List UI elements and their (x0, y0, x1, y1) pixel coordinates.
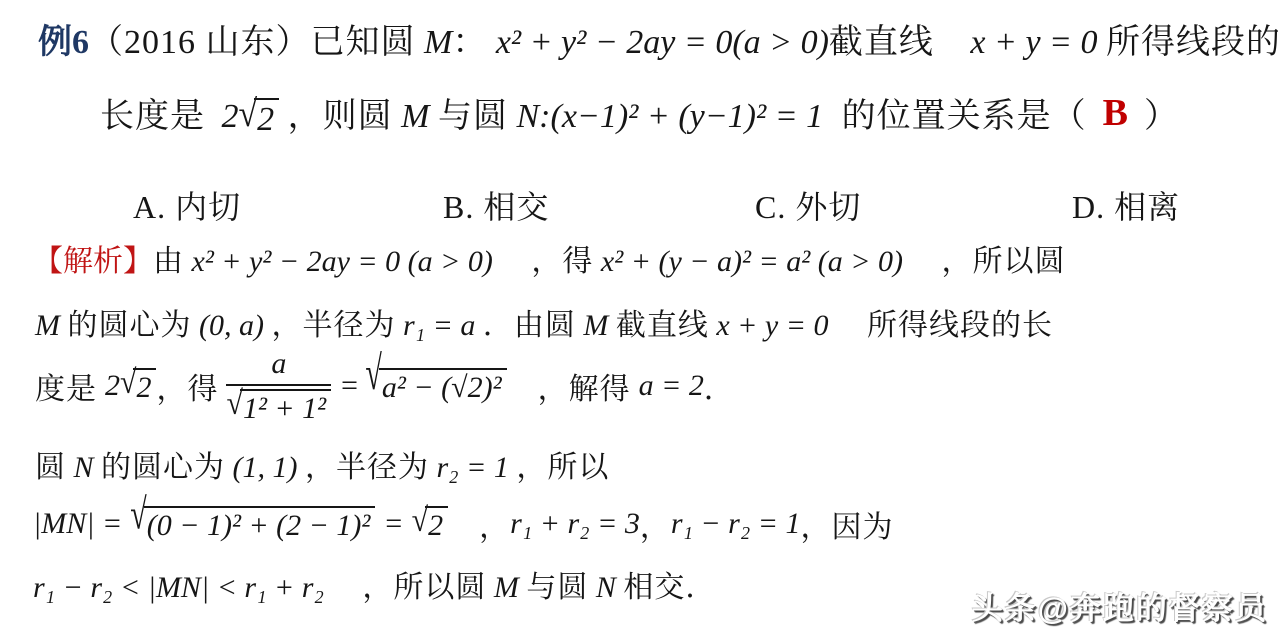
center-m-coords: (0, a) (199, 309, 264, 342)
circle-n-name: N (596, 571, 616, 604)
math-worksheet-page: { "colors": { "label_blue": "#1f3864", "… (0, 0, 1278, 638)
mn-distance-lhs: |MN| = (33, 507, 122, 541)
example-number-label: 例6 (38, 24, 89, 61)
problem-line-2: 长度是 2√2 ，则圆 M 与圆 N:(x−1)² + (y−1)² = 1 的… (100, 88, 1179, 139)
period: ． (704, 364, 735, 408)
sqrt-expression: √1² + 1² (226, 389, 331, 426)
analysis-line-2: M 的圆心为 (0, a) ，半径为 r₁ = a ．由圆 M 截直线 x + … (35, 300, 1053, 344)
circle-m-name: M (35, 309, 60, 342)
circle-n-name: N (74, 451, 94, 484)
get-text: ，得 (500, 245, 593, 278)
option-c: C. 外切 (755, 182, 861, 228)
colon: ： (452, 24, 487, 61)
radical-sign: √ (239, 93, 258, 136)
with-circle-text: 与圆 (526, 571, 588, 604)
radicand: a² − (√2)² (379, 368, 507, 405)
radicand: 2 (425, 506, 448, 543)
sqrt-expression: √2 (412, 506, 448, 543)
solve-text: ，解得 (507, 364, 631, 408)
segment-length-text: 所得线段的长 (836, 309, 1053, 342)
because-text: ，因为 (801, 502, 894, 546)
intersect-line-text: 截直线 (829, 24, 934, 61)
close-paren: ） (1144, 98, 1179, 135)
problem-line-1: 例6（2016 山东）已知圆 M： x² + y² − 2ay = 0(a > … (38, 14, 1278, 63)
relation-question-text: 的位置关系是（ (842, 98, 1087, 135)
circle-n-equation: N:(x−1)² + (y−1)² = 1 (517, 98, 824, 135)
equation-original: x² + y² − 2ay = 0 (a > 0) (192, 245, 493, 278)
length-is-text: 度是 (35, 364, 97, 408)
circle-text: 圆 (35, 451, 66, 484)
center-n-coords: (1, 1) (233, 451, 298, 484)
comma: ， (640, 502, 671, 546)
answer-letter: B (1103, 92, 1128, 134)
radius-m-value: r₁ = a (403, 309, 475, 342)
radical-sign: √ (412, 501, 428, 539)
radius-n-value: r₂ = 1 (437, 451, 509, 484)
equation-standard: x² + (y − a)² = a² (a > 0) (601, 245, 903, 278)
radical-sign: √ (365, 347, 381, 401)
circle-m-name-2: M (583, 309, 608, 342)
circle-m-name: M (401, 98, 429, 135)
analysis-line-5: |MN| = √(0 − 1)² + (2 − 1)² = √2 ， r₁ + … (33, 492, 894, 556)
analysis-tag: 【解析】 (33, 245, 153, 278)
radius-text: ，半径为 (305, 451, 429, 484)
so-circle-text: ，所以圆 (331, 571, 486, 604)
by-circle-text: ．由圆 (483, 309, 576, 342)
a-value: a = 2 (639, 369, 704, 403)
equals-sign: = (383, 507, 403, 541)
from-text: 由 (153, 245, 184, 278)
equals-sign: = (339, 369, 359, 403)
analysis-line-3: 度是 2√2 ，得 a √1² + 1² = √a² − (√2)² ，解得 a… (35, 345, 735, 427)
radical-sign: √ (120, 363, 136, 401)
sqrt-expression: √2 (239, 98, 280, 139)
with-circle-text: 与圆 (438, 98, 508, 135)
chord-length-coef: 2 (222, 98, 239, 135)
chord-length-coef: 2 (105, 369, 120, 403)
watermark-text: 头条@奔跑的督察员 (972, 583, 1268, 628)
analysis-line-6: r₁ − r₂ < |MN| < r₁ + r₂ ，所以圆 M 与圆 N 相交． (33, 562, 716, 606)
circle-m-equation: x² + y² − 2ay = 0(a > 0) (496, 24, 829, 61)
circle-m-name: M (424, 24, 452, 61)
length-text: 长度是 (100, 98, 205, 135)
intersect-line-text: 截直线 (616, 309, 709, 342)
so-text: ，所以 (516, 451, 609, 484)
get-text: ，得 (156, 364, 218, 408)
line-equation: x + y = 0 (970, 24, 1097, 61)
analysis-line-4: 圆 N 的圆心为 (1, 1) ，半径为 r₂ = 1 ，所以 (35, 442, 609, 486)
fraction: a √1² + 1² (226, 347, 331, 426)
radii-difference: r₁ − r₂ = 1 (671, 507, 801, 541)
source-text: （2016 山东）已知圆 (89, 24, 416, 61)
sqrt-expression: √(0 − 1)² + (2 − 1)² (130, 506, 375, 543)
radius-text: ，半径为 (271, 309, 395, 342)
comma: ， (448, 502, 510, 546)
analysis-line-1: 【解析】由 x² + y² − 2ay = 0 (a > 0) ，得 x² + … (33, 236, 1065, 280)
option-d: D. 相离 (1072, 182, 1180, 228)
then-circle-text: ，则圆 (288, 98, 393, 135)
radicand: 2 (254, 98, 279, 139)
segment-text: 所得线段的 (1106, 24, 1278, 61)
sqrt-expression: √a² − (√2)² (365, 368, 506, 405)
options-row: A. 内切 B. 相交 C. 外切 D. 相离 (0, 182, 1278, 226)
fraction-denominator: √1² + 1² (226, 386, 331, 426)
option-a: A. 内切 (133, 182, 241, 228)
inequality: r₁ − r₂ < |MN| < r₁ + r₂ (33, 571, 324, 604)
radical-sign: √ (130, 490, 146, 539)
line-equation: x + y = 0 (716, 309, 828, 342)
radicand: (0 − 1)² + (2 − 1)² (144, 506, 376, 543)
circle-m-name: M (494, 571, 519, 604)
center-text: 的圆心为 (101, 451, 225, 484)
center-text: 的圆心为 (68, 309, 192, 342)
radicand: 2 (133, 368, 156, 405)
fraction-numerator: a (265, 347, 292, 384)
radical-sign: √ (226, 384, 242, 422)
option-b: B. 相交 (443, 182, 549, 228)
radii-sum: r₁ + r₂ = 3 (510, 507, 640, 541)
intersect-conclusion-text: 相交． (623, 571, 716, 604)
radicand: 1² + 1² (240, 389, 331, 426)
sqrt-expression: √2 (120, 368, 156, 405)
so-circle-text: ，所以圆 (910, 245, 1065, 278)
